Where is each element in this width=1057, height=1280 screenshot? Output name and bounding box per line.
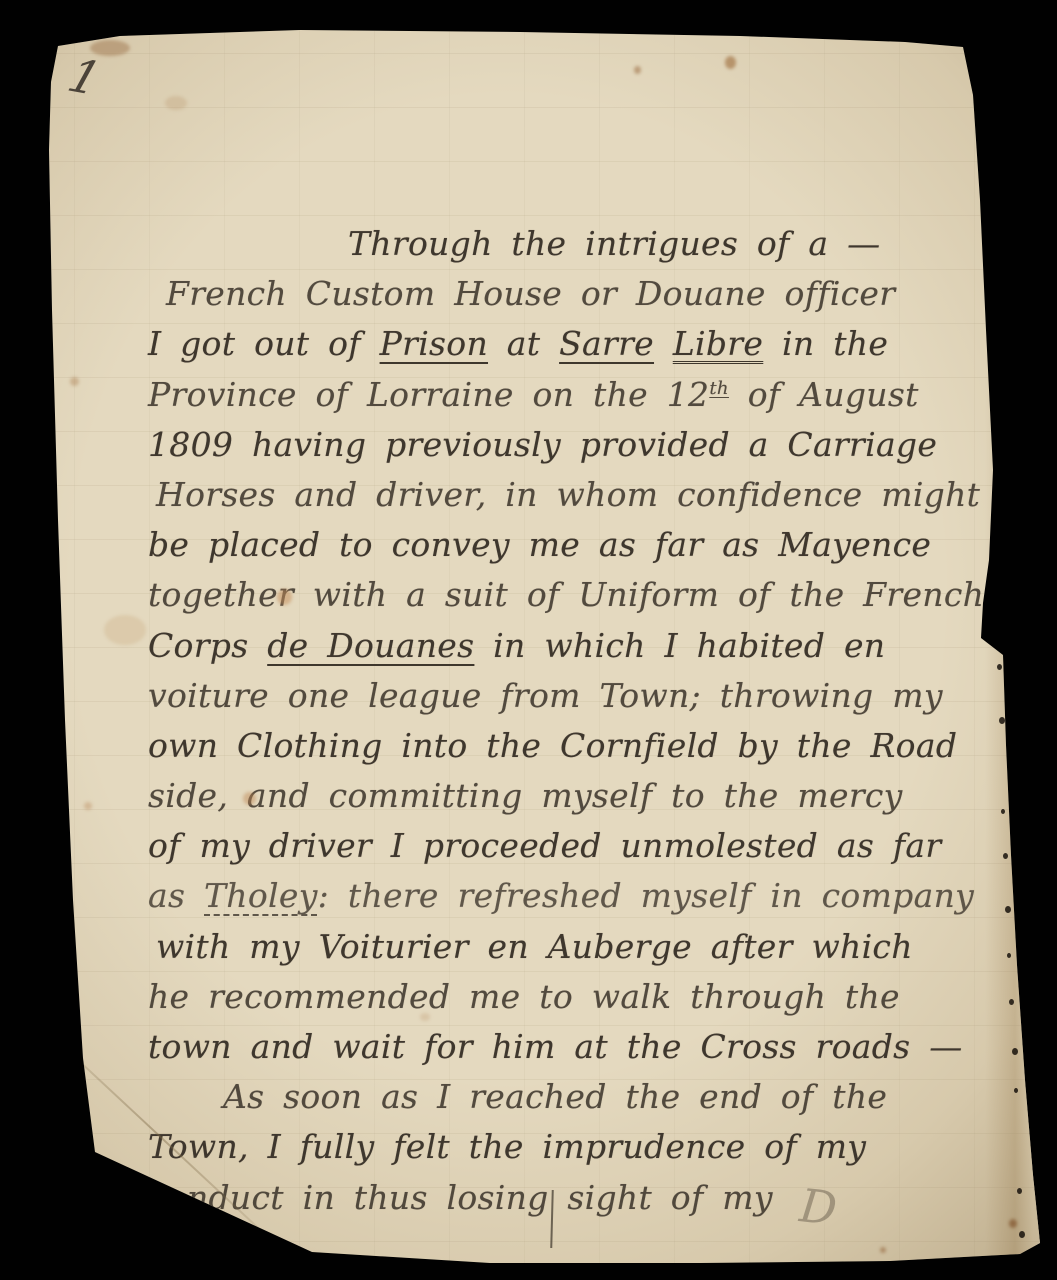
manuscript-line: Corps de Douanes in which I habited en [148, 626, 1028, 676]
text-segment: of August [729, 375, 919, 414]
stitch-hole [1014, 1088, 1018, 1093]
fox-spot [104, 615, 146, 645]
stitch-hole [1007, 953, 1011, 958]
text-segment: Tholey [204, 876, 318, 915]
stitch-hole [983, 139, 988, 145]
fox-spot [725, 56, 736, 69]
text-segment: in which I habited en [474, 626, 885, 665]
manuscript-line: voiture one league from Town; throwing m… [148, 676, 1028, 726]
manuscript-line: Town, I fully felt the imprudence of my [148, 1127, 1028, 1177]
manuscript-line: as Tholey: there refreshed myself in com… [148, 876, 1028, 926]
text-segment: I got out of [148, 324, 380, 363]
manuscript-line: Province of Lorraine on the 12th of Augu… [148, 375, 1028, 425]
text-segment: at [488, 324, 559, 363]
catchword-mark: D [797, 1178, 839, 1236]
stitch-hole [1005, 906, 1011, 913]
stitch-hole [1019, 1231, 1025, 1238]
manuscript-line: he recommended me to walk through the [148, 977, 1028, 1027]
stitch-hole [989, 291, 993, 296]
manuscript-line: conduct in thus losing sight of my [148, 1178, 1028, 1228]
fox-spot [880, 1247, 886, 1253]
text-segment: as [148, 876, 204, 915]
text-segment: th [709, 378, 729, 399]
fox-spot [165, 96, 187, 110]
text-segment: Corps [148, 626, 267, 665]
fox-spot [420, 1013, 430, 1021]
stitch-hole [1017, 1188, 1022, 1194]
text-segment: voiture one league from Town; throwing m… [148, 676, 943, 715]
text-segment: : there refreshed myself in company [318, 876, 974, 915]
fox-spot [1009, 1219, 1017, 1228]
fox-spot [277, 589, 292, 605]
manuscript-line: with my Voiturier en Auberge after which [148, 927, 1028, 977]
manuscript-line: I got out of Prison at Sarre Libre in th… [148, 324, 1028, 374]
stitch-hole [997, 664, 1002, 670]
manuscript-line: French Custom House or Douane officer [148, 274, 1028, 324]
stitch-hole [1001, 809, 1005, 814]
text-segment: own Clothing into the Cornfield by the R… [148, 726, 957, 765]
text-segment: side, and committing myself to the mercy [148, 776, 903, 815]
stitch-hole [987, 214, 993, 221]
text-segment: 1809 having previously provided a Carria… [148, 425, 937, 464]
text-segment: with my Voiturier en Auberge after which [156, 927, 913, 966]
text-segment: As soon as I reached the end of the [223, 1077, 887, 1116]
manuscript-line: 1809 having previously provided a Carria… [148, 425, 1028, 475]
text-segment: be placed to convey me as far as Mayence [148, 525, 931, 564]
manuscript-line: Horses and driver, in whom confidence mi… [148, 475, 1028, 525]
text-segment: Horses and driver, in whom confidence mi… [156, 475, 980, 514]
fox-spot [70, 377, 79, 386]
stitch-hole [992, 506, 998, 513]
stitch-hole [999, 717, 1005, 724]
manuscript-line: of my driver I proceeded unmolested as f… [148, 826, 1028, 876]
text-segment: Libre [673, 324, 763, 363]
text-segment: he recommended me to walk through the [148, 977, 900, 1016]
text-segment: de Douanes [267, 626, 474, 665]
manuscript-page: 1 Through the intrigues of a —French Cus… [0, 0, 1057, 1280]
stitch-hole [987, 599, 991, 604]
manuscript-line: own Clothing into the Cornfield by the R… [148, 726, 1028, 776]
fox-spot [243, 792, 256, 805]
text-segment: of my driver I proceeded unmolested as f… [148, 826, 941, 865]
text-segment [654, 324, 673, 363]
manuscript-line: Through the intrigues of a — [148, 224, 1028, 274]
stitch-hole [1003, 853, 1008, 859]
stitch-hole [1012, 1048, 1018, 1055]
text-segment: in the [763, 324, 888, 363]
manuscript-line: side, and committing myself to the mercy [148, 776, 1028, 826]
scan-background: 1 Through the intrigues of a —French Cus… [0, 0, 1057, 1280]
stitch-hole [986, 93, 990, 98]
fox-spot [634, 66, 641, 74]
text-segment: town and wait for him at the Cross roads… [148, 1027, 963, 1066]
manuscript-text: Through the intrigues of a —French Custo… [148, 224, 1028, 1228]
stitch-hole [1009, 999, 1014, 1005]
manuscript-line: As soon as I reached the end of the [148, 1077, 1028, 1127]
manuscript-line: town and wait for him at the Cross roads… [148, 1027, 1028, 1077]
text-segment: together with a suit of Uniform of the F… [148, 575, 984, 614]
text-segment: Sarre [559, 324, 654, 363]
text-segment: Province of Lorraine on the 12 [148, 375, 709, 414]
text-segment: Through the intrigues of a — [348, 224, 880, 263]
text-segment: French Custom House or Douane officer [166, 274, 895, 313]
fox-spot [84, 802, 92, 810]
manuscript-line: be placed to convey me as far as Mayence [148, 525, 1028, 575]
text-segment: Prison [380, 324, 488, 363]
text-segment: Town, I fully felt the imprudence of my [148, 1127, 866, 1166]
fox-spot [90, 40, 130, 56]
stitch-hole [991, 421, 996, 427]
